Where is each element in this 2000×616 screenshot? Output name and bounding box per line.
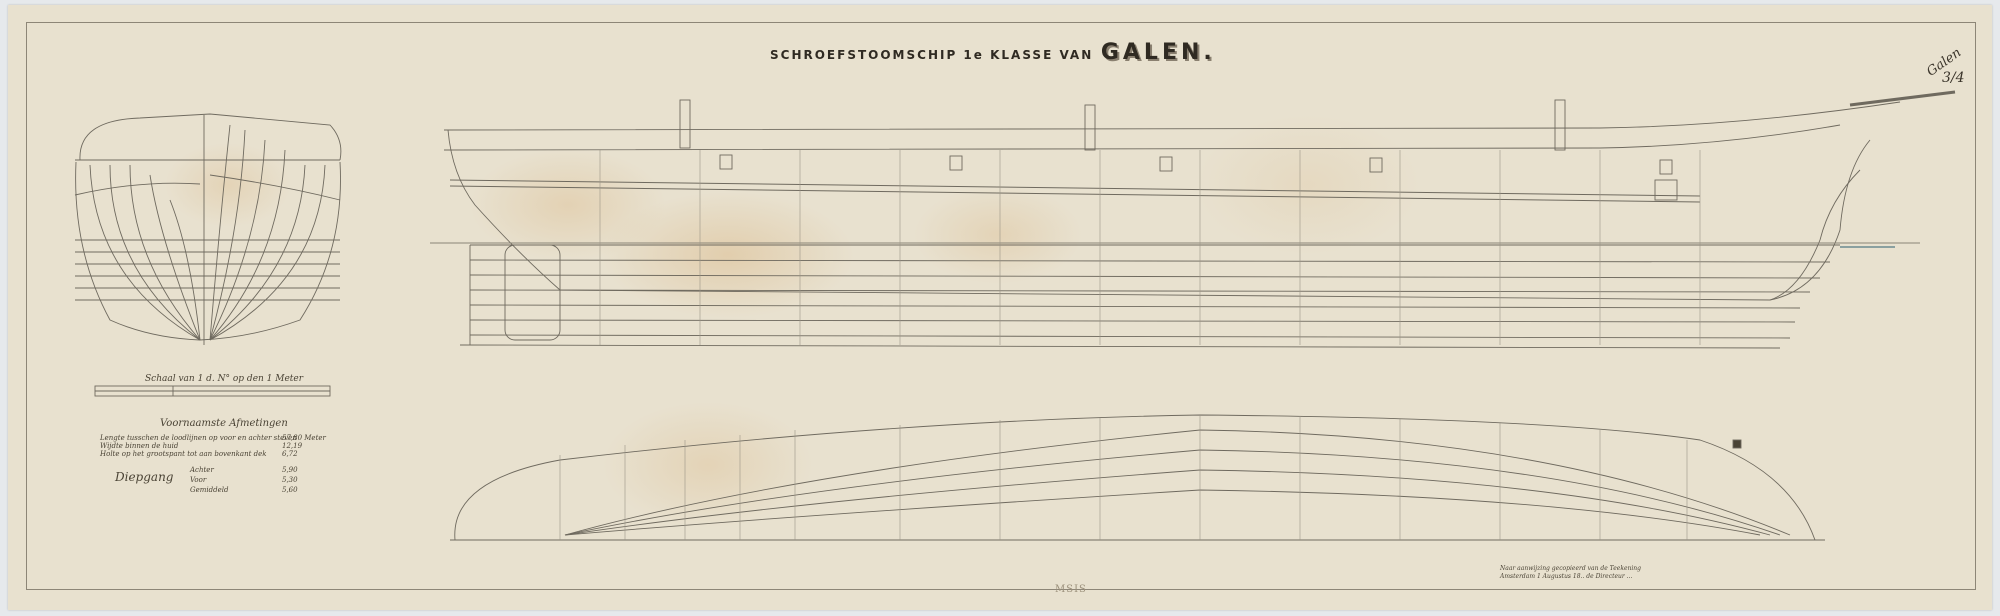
signature: Naar aanwijzing gecopieerd van de Teeken…: [1500, 565, 1641, 581]
scale-label: Schaal van 1 d. N° op den 1 Meter: [145, 374, 303, 384]
draught-value: 5,90: [282, 466, 298, 474]
sheer-plan: [430, 92, 1955, 348]
draught-value: 5,30: [282, 476, 298, 484]
note-value: 57,80 Meter: [282, 434, 326, 442]
signature-line-2: Amsterdam 1 Augustus 18.. de Directeur .…: [1500, 573, 1641, 581]
note-row: Wijdte binnen de huid: [100, 442, 178, 450]
signature-line-1: Naar aanwijzing gecopieerd van de Teeken…: [1500, 565, 1641, 573]
note-value: 12,19: [282, 442, 302, 450]
body-plan: [75, 114, 341, 345]
ship-drawing: [0, 0, 2000, 616]
half-breadth-plan: [450, 415, 1825, 540]
draught-value: 5,60: [282, 486, 298, 494]
draught-row: Gemiddeld: [190, 486, 228, 494]
draught-label: Diepgang: [115, 470, 174, 484]
draught-row: Voor: [190, 476, 206, 484]
note-row: Holte op het grootspant tot aan bovenkan…: [100, 450, 266, 458]
archive-stamp: MSIS: [1055, 584, 1087, 595]
notes-title: Voornaamste Afmetingen: [160, 418, 288, 429]
draught-row: Achter: [190, 466, 214, 474]
note-row: Lengte tusschen de loodlijnen op voor en…: [100, 434, 297, 442]
scale-bar: [95, 386, 330, 396]
note-value: 6,72: [282, 450, 298, 458]
